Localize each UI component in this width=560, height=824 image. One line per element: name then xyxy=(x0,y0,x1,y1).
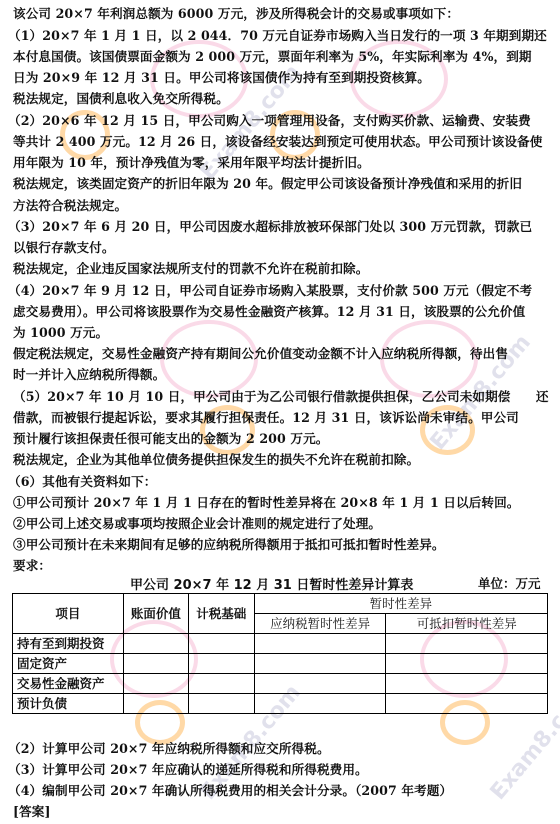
table-row: 持有至到期投资 xyxy=(13,634,548,654)
text-line: （6）其他有关资料如下： xyxy=(8,473,157,490)
cell-book-value xyxy=(123,674,188,694)
text-line: 虑交易费用）。甲公司将该股票作为交易性金融资产核算。12 月 31 日，该股票的… xyxy=(13,303,525,320)
cell-tax-base xyxy=(188,694,254,714)
document-page: Exam8.com Exam8.com Exam8.com Exam8.com … xyxy=(0,0,560,824)
text-line: 税法规定，企业违反国家法规所支付的罚款不允许在税前扣除。 xyxy=(13,260,368,277)
table-row: 固定资产 xyxy=(13,654,548,674)
row-item: 持有至到期投资 xyxy=(13,634,124,654)
text-line: 时一并计入应纳税所得额。 xyxy=(13,366,165,383)
text-line: 以银行存款支付。 xyxy=(13,239,115,256)
cell-deductible xyxy=(386,674,548,694)
text-line: 本付息国债。该国债票面金额为 2 000 万元，票面年利率为 5%，年实际利率为… xyxy=(13,48,532,65)
text-line: （3）计算甲公司 20×7 年应确认的递延所得税和所得税费用。 xyxy=(8,761,368,778)
row-item: 预计负债 xyxy=(13,694,124,714)
text-line: ②甲公司上述交易或事项均按照企业会计准则的规定进行了处理。 xyxy=(13,515,381,532)
table-row: 预计负债 xyxy=(13,694,548,714)
cell-tax-base xyxy=(188,674,254,694)
table-title: 甲公司 20×7 年 12 月 31 日暂时性差异计算表 xyxy=(130,574,413,593)
intro-line: 该公司 20×7 年利润总额为 6000 万元，涉及所得税会计的交易或事项如下： xyxy=(13,5,459,22)
cell-deductible xyxy=(386,654,548,674)
text-line: 方法符合税法规定。 xyxy=(13,197,127,214)
row-item: 交易性金融资产 xyxy=(13,674,124,694)
cell-tax-base xyxy=(188,654,254,674)
table-unit: 单位：万元 xyxy=(478,574,541,592)
text-line: ③甲公司预计在未来期间有足够的应纳税所得额用于抵扣可抵扣暂时性差异。 xyxy=(13,536,445,553)
text-line: 税法规定，该类固定资产的折旧年限为 20 年。假定甲公司该设备预计净残值和采用的… xyxy=(13,175,522,192)
text-line: （4）20×7 年 9 月 12 日，甲公司自证券市场购入某股票，支付价款 50… xyxy=(8,282,532,299)
text-line: （2）计算甲公司 20×7 年应纳税所得额和应交所得税。 xyxy=(8,740,330,757)
cell-taxable xyxy=(254,694,386,714)
header-taxable-difference: 应纳税暂时性差异 xyxy=(254,614,386,634)
cell-deductible xyxy=(386,634,548,654)
header-deductible-difference: 可抵扣暂时性差异 xyxy=(386,614,548,634)
cell-taxable xyxy=(254,634,386,654)
header-book-value: 账面价值 xyxy=(123,594,188,634)
text-line: 等共计 2 400 万元。12 月 26 日，该设备经安装达到预定可使用状态。甲… xyxy=(13,133,542,150)
cell-taxable xyxy=(254,654,386,674)
table-row: 交易性金融资产 xyxy=(13,674,548,694)
text-line: 为 1000 万元。 xyxy=(13,324,108,341)
text-line: （2）20×6 年 12 月 15 日，甲公司购入一项管理用设备，支付购买价款、… xyxy=(8,112,531,129)
text-line: 税法规定，企业为其他单位债务提供担保发生的损失不允许在税前扣除。 xyxy=(13,451,419,468)
text-line: ①甲公司预计 20×7 年 1 月 1 日存在的暂时性差异将在 20×8 年 1… xyxy=(13,494,519,511)
text-line: 用年限为 10 年，预计净残值为零，采用年限平均法计提折旧。 xyxy=(13,154,370,171)
cell-book-value xyxy=(123,694,188,714)
row-item: 固定资产 xyxy=(13,654,124,674)
temporary-difference-table: 项目 账面价值 计税基础 暂时性差异 应纳税暂时性差异 可抵扣暂时性差异 持有至… xyxy=(12,593,548,714)
header-tax-base: 计税基础 xyxy=(188,594,254,634)
cell-deductible xyxy=(386,694,548,714)
text-line: 税法规定，国债利息收入免交所得税。 xyxy=(13,90,229,107)
text-line: （1）20×7 年 1 月 1 日，以 2 044．70 万元自证券市场购入当日… xyxy=(8,27,547,44)
text-line: （5）20×7 年 10 月 10 日，甲公司由于为乙公司银行借款提供担保，乙公… xyxy=(13,388,549,405)
cell-book-value xyxy=(123,634,188,654)
cell-book-value xyxy=(123,654,188,674)
text-line: （3）20×7 年 6 月 20 日，甲公司因废水超标排放被环保部门处以 300… xyxy=(8,218,532,235)
text-line: 假定税法规定，交易性金融资产持有期间公允价值变动金额不计入应纳税所得额，待出售 xyxy=(13,345,508,362)
header-item: 项目 xyxy=(13,594,124,634)
cell-taxable xyxy=(254,674,386,694)
requirements-label: 要求： xyxy=(13,557,51,574)
answer-label: [答案] xyxy=(13,803,51,820)
text-line: 日为 20×9 年 12 月 31 日。甲公司将该国债作为持有至到期投资核算。 xyxy=(13,69,430,86)
text-line: （4）编制甲公司 20×7 年确认所得税费用的相关会计分录。（2007 年考题） xyxy=(8,782,452,799)
cell-tax-base xyxy=(188,634,254,654)
text-line: 预计履行该担保责任很可能支出的金额为 2 200 万元。 xyxy=(13,430,328,447)
text-line: 借款，而被银行提起诉讼，要求其履行担保责任。12 月 31 日，该诉讼尚未审结。… xyxy=(13,409,519,426)
header-temporary-difference: 暂时性差异 xyxy=(254,594,547,614)
